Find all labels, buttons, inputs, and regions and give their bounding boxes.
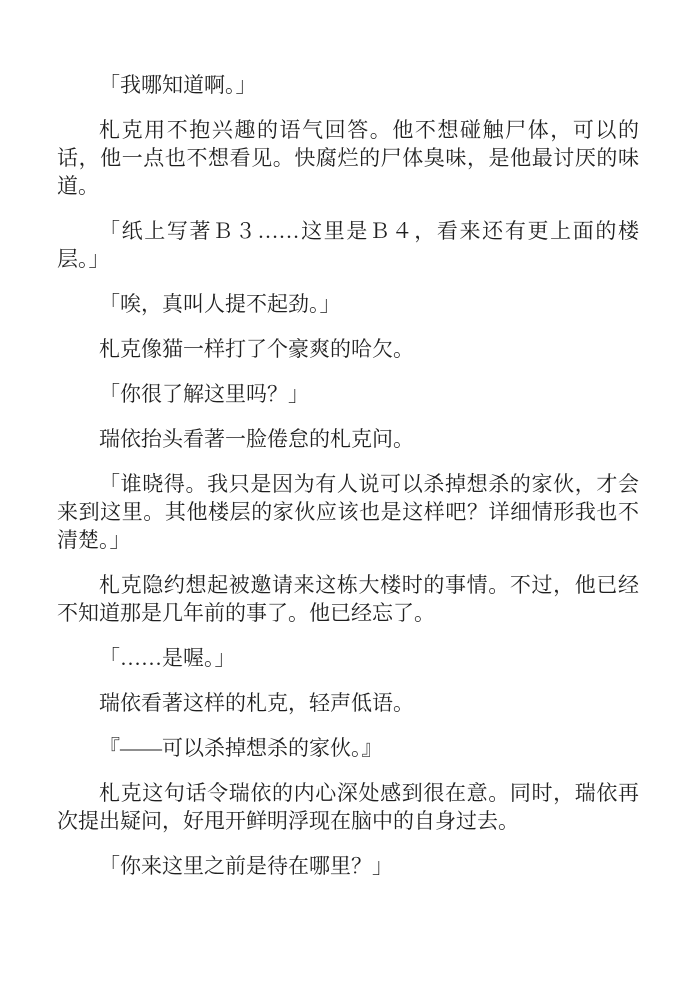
novel-page: 「我哪知道啊。」 札克用不抱兴趣的语气回答。他不想碰触尸体，可以的话，他一点也不… bbox=[0, 0, 700, 992]
paragraph: 「你很了解这里吗？」 bbox=[57, 380, 639, 408]
paragraph: 札克这句话令瑞依的内心深处感到很在意。同时，瑞依再次提出疑问，好甩开鲜明浮现在脑… bbox=[57, 779, 639, 835]
paragraph: 瑞依抬头看著一脸倦怠的札克问。 bbox=[57, 425, 639, 453]
paragraph: 「纸上写著Ｂ３……这里是Ｂ４，看来还有更上面的楼层。」 bbox=[57, 217, 639, 273]
paragraph: 札克隐约想起被邀请来这栋大楼时的事情。不过，他已经不知道那是几年前的事了。他已经… bbox=[57, 571, 639, 627]
paragraph: 『——可以杀掉想杀的家伙。』 bbox=[57, 734, 639, 762]
paragraph: 「谁晓得。我只是因为有人说可以杀掉想杀的家伙，才会来到这里。其他楼层的家伙应该也… bbox=[57, 470, 639, 554]
paragraph: 札克像猫一样打了个豪爽的哈欠。 bbox=[57, 335, 639, 363]
paragraph: 「你来这里之前是待在哪里？」 bbox=[57, 852, 639, 880]
paragraph: 「我哪知道啊。」 bbox=[57, 71, 639, 99]
paragraph: 「唉，真叫人提不起劲。」 bbox=[57, 290, 639, 318]
paragraph: 「……是喔。」 bbox=[57, 644, 639, 672]
paragraph: 札克用不抱兴趣的语气回答。他不想碰触尸体，可以的话，他一点也不想看见。快腐烂的尸… bbox=[57, 116, 639, 200]
paragraph: 瑞依看著这样的札克，轻声低语。 bbox=[57, 689, 639, 717]
